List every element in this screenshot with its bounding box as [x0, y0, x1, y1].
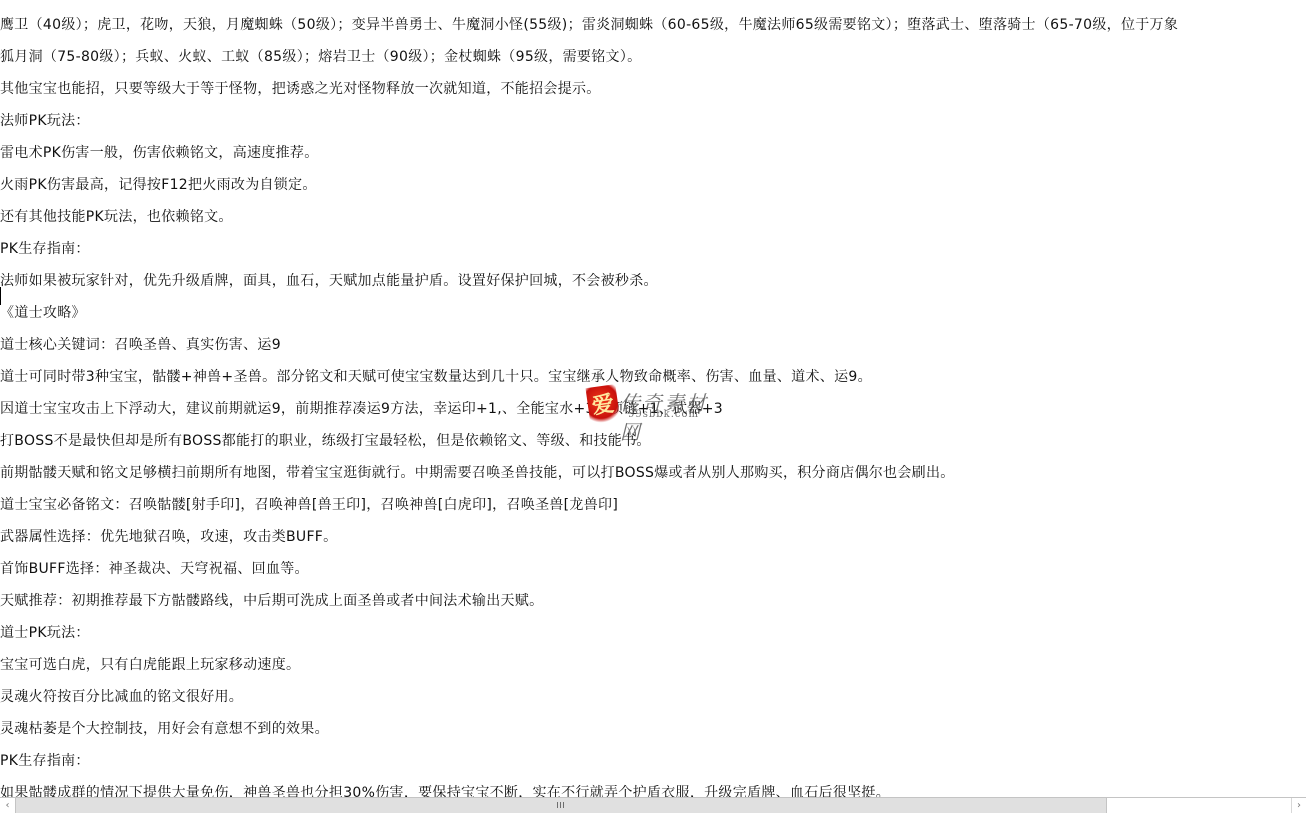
section-heading-pk-survival: PK生存指南：	[0, 745, 1306, 777]
paragraph: 法师如果被玩家针对，优先升级盾牌，面具，血石，天赋加点能量护盾。设置好保护回城，…	[0, 265, 1306, 297]
document-content: 鹰卫（40级）；虎卫，花吻，天狼，月魔蜘蛛（50级）；变异半兽勇士、牛魔洞小怪(…	[0, 9, 1306, 797]
paragraph: 狐月洞（75-80级）；兵蚁、火蚁、工蚁（85级）；熔岩卫士（90级）；金杖蜘蛛…	[0, 41, 1306, 73]
paragraph: 其他宝宝也能招，只要等级大于等于怪物，把诱惑之光对怪物释放一次就知道，不能招会提…	[0, 73, 1306, 105]
section-heading-mage-pk: 法师PK玩法：	[0, 105, 1306, 137]
paragraph: 还有其他技能PK玩法，也依赖铭文。	[0, 201, 1306, 233]
paragraph: 鹰卫（40级）；虎卫，花吻，天狼，月魔蜘蛛（50级）；变异半兽勇士、牛魔洞小怪(…	[0, 9, 1306, 41]
paragraph: 因道士宝宝攻击上下浮动大，建议前期就运9，前期推荐凑运9方法，幸运印+1,、全能…	[0, 393, 1306, 425]
scroll-right-arrow-icon[interactable]: ›	[1291, 798, 1306, 813]
scroll-left-arrow-icon[interactable]: ‹	[0, 798, 15, 813]
text-caret	[0, 287, 1, 305]
section-heading-pk-survival: PK生存指南：	[0, 233, 1306, 265]
paragraph: 灵魂枯萎是个大控制技，用好会有意想不到的效果。	[0, 713, 1306, 745]
horizontal-scrollbar[interactable]: ‹ ›	[0, 797, 1306, 813]
paragraph: 道士宝宝必备铭文：召唤骷髅[射手印]，召唤神兽[兽王印]，召唤神兽[白虎印]，召…	[0, 489, 1306, 521]
section-heading-taoist-pk: 道士PK玩法：	[0, 617, 1306, 649]
paragraph: 火雨PK伤害最高，记得按F12把火雨改为自锁定。	[0, 169, 1306, 201]
paragraph: 打BOSS不是最快但却是所有BOSS都能打的职业，练级打宝最轻松，但是依赖铭文、…	[0, 425, 1306, 457]
paragraph: 道士核心关键词：召唤圣兽、真实伤害、运9	[0, 329, 1306, 361]
document-viewport[interactable]: 鹰卫（40级）；虎卫，花吻，天狼，月魔蜘蛛（50级）；变异半兽勇士、牛魔洞小怪(…	[0, 0, 1306, 797]
paragraph: 首饰BUFF选择：神圣裁决、天穹祝福、回血等。	[0, 553, 1306, 585]
paragraph: 天赋推荐：初期推荐最下方骷髅路线，中后期可洗成上面圣兽或者中间法术输出天赋。	[0, 585, 1306, 617]
paragraph: 雷电术PK伤害一般，伤害依赖铭文，高速度推荐。	[0, 137, 1306, 169]
grip-icon	[557, 802, 565, 808]
paragraph: 前期骷髅天赋和铭文足够横扫前期所有地图，带着宝宝逛街就行。中期需要召唤圣兽技能，…	[0, 457, 1306, 489]
paragraph: 宝宝可选白虎，只有白虎能跟上玩家移动速度。	[0, 649, 1306, 681]
section-title-taoist-guide: 《道士攻略》	[0, 297, 1306, 329]
paragraph: 如果骷髅成群的情况下提供大量免伤，神兽圣兽也分担30%伤害，要保持宝宝不断，实在…	[0, 777, 1306, 797]
scrollbar-thumb[interactable]	[15, 798, 1107, 813]
paragraph: 灵魂火符按百分比减血的铭文很好用。	[0, 681, 1306, 713]
paragraph: 武器属性选择：优先地狱召唤，攻速，攻击类BUFF。	[0, 521, 1306, 553]
paragraph: 道士可同时带3种宝宝，骷髅+神兽+圣兽。部分铭文和天赋可使宝宝数量达到几十只。宝…	[0, 361, 1306, 393]
